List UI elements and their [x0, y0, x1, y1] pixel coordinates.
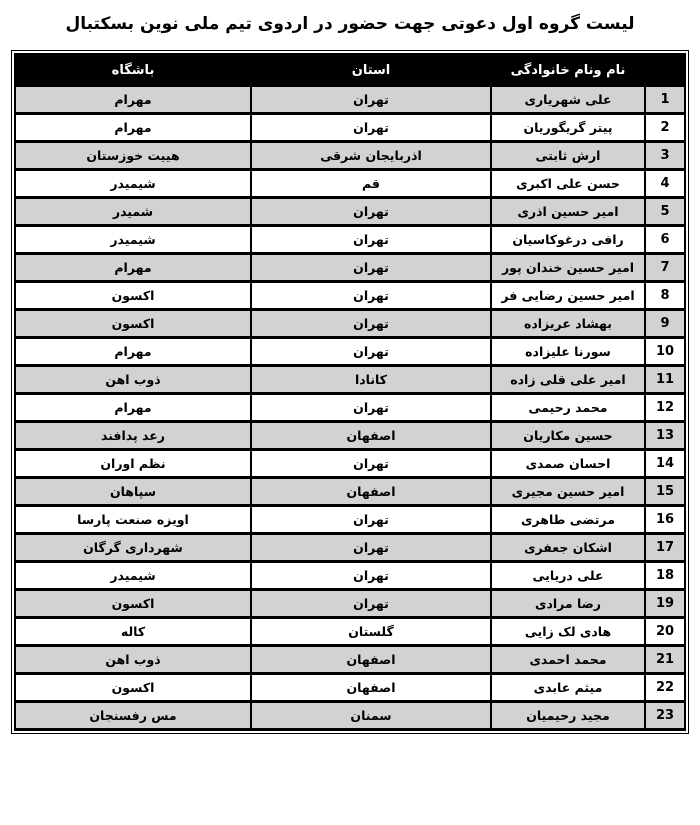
table-row: 15امیر حسین مجیریاصفهانسپاهان: [15, 478, 685, 506]
player-name-cell: رافی درغوکاسیان: [491, 226, 645, 254]
club-cell: اکسون: [15, 674, 251, 702]
province-cell: تهران: [251, 310, 491, 338]
province-cell: تهران: [251, 282, 491, 310]
club-cell: مهرام: [15, 114, 251, 142]
table-row: 23مجید رحیمیانسمنانمس رفسنجان: [15, 702, 685, 730]
province-cell: تهران: [251, 506, 491, 534]
player-name-cell: حسین مکاریان: [491, 422, 645, 450]
table-row: 6رافی درغوکاسیانتهرانشیمیدر: [15, 226, 685, 254]
club-cell: شمیدر: [15, 198, 251, 226]
player-name-cell: سورنا علیزاده: [491, 338, 645, 366]
province-cell: تهران: [251, 534, 491, 562]
player-name-cell: امیر حسین رضایی فر: [491, 282, 645, 310]
province-cell: اصفهان: [251, 478, 491, 506]
club-cell: نظم اوران: [15, 450, 251, 478]
province-cell: تهران: [251, 226, 491, 254]
roster-table: نام ونام خانوادگی استان باشگاه 1علی شهری…: [11, 50, 689, 734]
row-number-cell: 3: [645, 142, 685, 170]
row-number-cell: 11: [645, 366, 685, 394]
row-number-cell: 2: [645, 114, 685, 142]
table-row: 4حسن علی اکبریقمشیمیدر: [15, 170, 685, 198]
club-cell: شیمیدر: [15, 562, 251, 590]
table-row: 18علی دریاییتهرانشیمیدر: [15, 562, 685, 590]
row-number-cell: 12: [645, 394, 685, 422]
province-cell: قم: [251, 170, 491, 198]
club-cell: ذوب اهن: [15, 366, 251, 394]
province-cell: تهران: [251, 254, 491, 282]
player-name-cell: امیر علی قلی زاده: [491, 366, 645, 394]
table-row: 14احسان صمدیتهراننظم اوران: [15, 450, 685, 478]
club-cell: مس رفسنجان: [15, 702, 251, 730]
club-cell: هییت خوزستان: [15, 142, 251, 170]
club-cell: مهرام: [15, 86, 251, 114]
province-cell: کانادا: [251, 366, 491, 394]
table-row: 8امیر حسین رضایی فرتهراناکسون: [15, 282, 685, 310]
table-body: 1علی شهریاریتهرانمهرام2پیتر گریگوریانتهر…: [15, 86, 685, 730]
row-number-cell: 20: [645, 618, 685, 646]
province-cell: تهران: [251, 562, 491, 590]
table-row: 21محمد احمدیاصفهانذوب اهن: [15, 646, 685, 674]
table-row: 1علی شهریاریتهرانمهرام: [15, 86, 685, 114]
province-cell: تهران: [251, 394, 491, 422]
row-number-cell: 21: [645, 646, 685, 674]
row-number-cell: 18: [645, 562, 685, 590]
row-number-cell: 19: [645, 590, 685, 618]
player-name-cell: اشکان جعفری: [491, 534, 645, 562]
player-name-cell: مجید رحیمیان: [491, 702, 645, 730]
club-cell: مهرام: [15, 254, 251, 282]
row-number-cell: 8: [645, 282, 685, 310]
province-cell: اذربایجان شرقی: [251, 142, 491, 170]
club-cell: شیمیدر: [15, 226, 251, 254]
row-number-cell: 16: [645, 506, 685, 534]
province-cell: تهران: [251, 450, 491, 478]
club-cell: اویزه صنعت پارسا: [15, 506, 251, 534]
province-cell: تهران: [251, 114, 491, 142]
table-row: 12محمد رحیمیتهرانمهرام: [15, 394, 685, 422]
player-name-cell: میثم عابدی: [491, 674, 645, 702]
player-name-cell: امیر حسین خندان پور: [491, 254, 645, 282]
province-cell: سمنان: [251, 702, 491, 730]
table-row: 22میثم عابدیاصفهاناکسون: [15, 674, 685, 702]
player-name-cell: علی دریایی: [491, 562, 645, 590]
header-club: باشگاه: [15, 55, 251, 86]
player-name-cell: ارش ثابتی: [491, 142, 645, 170]
province-cell: تهران: [251, 198, 491, 226]
row-number-cell: 4: [645, 170, 685, 198]
province-cell: اصفهان: [251, 422, 491, 450]
player-name-cell: پیتر گریگوریان: [491, 114, 645, 142]
club-cell: اکسون: [15, 310, 251, 338]
roster-table-grid: نام ونام خانوادگی استان باشگاه 1علی شهری…: [14, 53, 686, 731]
row-number-cell: 5: [645, 198, 685, 226]
player-name-cell: مرتضی طاهری: [491, 506, 645, 534]
row-number-cell: 22: [645, 674, 685, 702]
player-name-cell: رضا مرادی: [491, 590, 645, 618]
player-name-cell: امیر حسین اذری: [491, 198, 645, 226]
header-number: [645, 55, 685, 86]
player-name-cell: علی شهریاری: [491, 86, 645, 114]
table-row: 9بهشاد عریزادهتهراناکسون: [15, 310, 685, 338]
table-row: 20هادی لک زاییگلستانکاله: [15, 618, 685, 646]
row-number-cell: 9: [645, 310, 685, 338]
header-name: نام ونام خانوادگی: [491, 55, 645, 86]
club-cell: ذوب اهن: [15, 646, 251, 674]
table-row: 5امیر حسین اذریتهرانشمیدر: [15, 198, 685, 226]
page-title: لیست گروه اول دعوتی جهت حضور در اردوی تی…: [8, 13, 692, 35]
table-row: 2پیتر گریگوریانتهرانمهرام: [15, 114, 685, 142]
province-cell: اصفهان: [251, 646, 491, 674]
province-cell: گلستان: [251, 618, 491, 646]
table-row: 19رضا مرادیتهراناکسون: [15, 590, 685, 618]
club-cell: رعد پدافند: [15, 422, 251, 450]
club-cell: اکسون: [15, 590, 251, 618]
player-name-cell: احسان صمدی: [491, 450, 645, 478]
row-number-cell: 17: [645, 534, 685, 562]
province-cell: تهران: [251, 338, 491, 366]
province-cell: تهران: [251, 590, 491, 618]
province-cell: تهران: [251, 86, 491, 114]
row-number-cell: 13: [645, 422, 685, 450]
table-row: 10سورنا علیزادهتهرانمهرام: [15, 338, 685, 366]
club-cell: سپاهان: [15, 478, 251, 506]
club-cell: مهرام: [15, 338, 251, 366]
document-page: لیست گروه اول دعوتی جهت حضور در اردوی تی…: [0, 0, 700, 825]
table-row: 11امیر علی قلی زادهکاناداذوب اهن: [15, 366, 685, 394]
row-number-cell: 14: [645, 450, 685, 478]
row-number-cell: 23: [645, 702, 685, 730]
table-row: 3ارش ثابتیاذربایجان شرقیهییت خوزستان: [15, 142, 685, 170]
club-cell: شهرداری گرگان: [15, 534, 251, 562]
player-name-cell: امیر حسین مجیری: [491, 478, 645, 506]
table-row: 7امیر حسین خندان پورتهرانمهرام: [15, 254, 685, 282]
table-row: 17اشکان جعفریتهرانشهرداری گرگان: [15, 534, 685, 562]
club-cell: مهرام: [15, 394, 251, 422]
player-name-cell: هادی لک زایی: [491, 618, 645, 646]
club-cell: شیمیدر: [15, 170, 251, 198]
header-row: نام ونام خانوادگی استان باشگاه: [15, 55, 685, 86]
club-cell: کاله: [15, 618, 251, 646]
player-name-cell: حسن علی اکبری: [491, 170, 645, 198]
row-number-cell: 15: [645, 478, 685, 506]
province-cell: اصفهان: [251, 674, 491, 702]
player-name-cell: محمد احمدی: [491, 646, 645, 674]
club-cell: اکسون: [15, 282, 251, 310]
player-name-cell: بهشاد عریزاده: [491, 310, 645, 338]
player-name-cell: محمد رحیمی: [491, 394, 645, 422]
row-number-cell: 10: [645, 338, 685, 366]
row-number-cell: 6: [645, 226, 685, 254]
header-province: استان: [251, 55, 491, 86]
table-row: 16مرتضی طاهریتهراناویزه صنعت پارسا: [15, 506, 685, 534]
row-number-cell: 1: [645, 86, 685, 114]
row-number-cell: 7: [645, 254, 685, 282]
table-row: 13حسین مکاریاناصفهانرعد پدافند: [15, 422, 685, 450]
